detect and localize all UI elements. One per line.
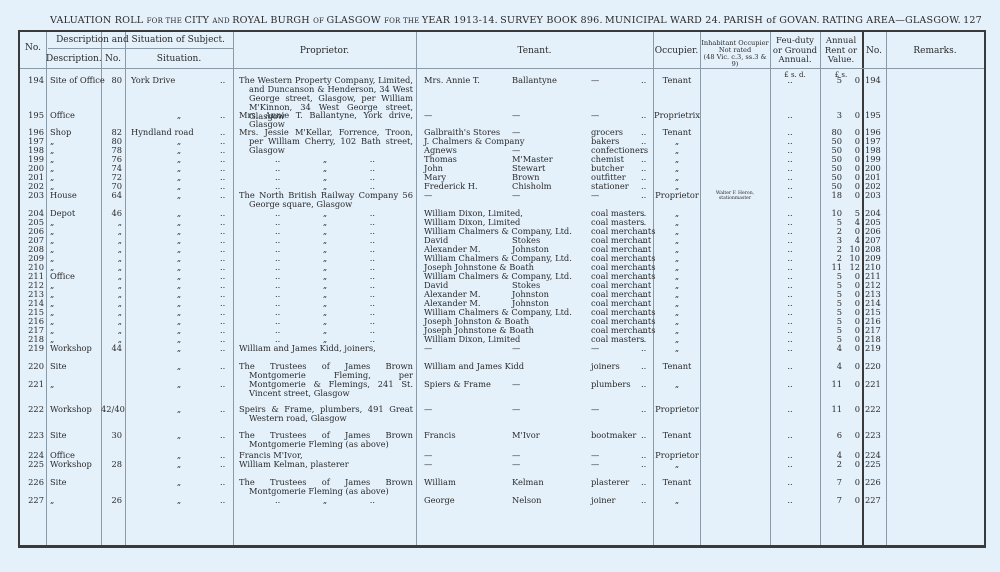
row-occupier: Tenant xyxy=(654,478,700,487)
row-rent-pounds: 18 xyxy=(820,191,842,200)
row-tenant-surname: — xyxy=(512,191,582,200)
row-tenant-name: William and James Kidd xyxy=(424,362,514,371)
header-no-right: No. xyxy=(862,46,886,56)
row-tenant-surname: — xyxy=(512,111,582,120)
row-tenant-name: — xyxy=(424,344,514,353)
row-rent-pounds: 5 xyxy=(820,76,842,85)
leader-dots: .. xyxy=(220,380,225,389)
row-street-number: 28 xyxy=(101,460,122,469)
row-tenant-name: Spiers & Frame xyxy=(424,380,514,389)
row-description: „ xyxy=(50,326,102,335)
leader-dots: .. xyxy=(220,478,225,487)
row-number: 195 xyxy=(20,111,44,120)
header-feu-duty: Feu-duty or Ground Annual. xyxy=(770,37,820,66)
row-tenant-surname: — xyxy=(512,380,582,389)
row-description: Depot xyxy=(50,209,102,218)
row-situation: „ xyxy=(125,478,233,487)
row-occupier: Tenant xyxy=(654,431,700,440)
row-situation: „ xyxy=(125,362,233,371)
row-situation: „ xyxy=(125,496,233,505)
row-feu-duty: .. xyxy=(770,362,810,371)
row-tenant-name: — xyxy=(424,451,514,460)
row-rent-shillings: 0 xyxy=(844,431,860,440)
row-occupier: „ xyxy=(654,380,700,389)
municipal-ward: MUNICIPAL WARD 24. xyxy=(605,15,721,26)
row-number: 222 xyxy=(20,405,44,414)
row-number: 194 xyxy=(20,76,44,85)
rating-area: RATING AREA—GLASGOW. xyxy=(822,15,961,26)
leader-dots: .. xyxy=(641,191,646,200)
row-tenant-name: Frederick H. xyxy=(424,182,514,191)
header-rent-line: Value. xyxy=(820,56,862,66)
leader-dots: .. xyxy=(220,496,225,505)
row-number: 221 xyxy=(20,380,44,389)
col-rule xyxy=(233,32,234,545)
header-description: Description. xyxy=(46,54,101,64)
row-description: „ xyxy=(50,137,102,146)
row-description: „ xyxy=(50,254,102,263)
row-rent-shillings: 0 xyxy=(844,478,860,487)
row-tenant-surname: — xyxy=(512,405,582,414)
row-tenant-surname: M'Ivor xyxy=(512,431,582,440)
leader-dots: .. xyxy=(220,191,225,200)
row-occupier: „ xyxy=(654,344,700,353)
row-rent-shillings: 0 xyxy=(844,496,860,505)
header-remarks: Remarks. xyxy=(886,46,984,56)
leader-dots: .. xyxy=(641,460,646,469)
col-rule xyxy=(862,32,864,545)
header-situation: Situation. xyxy=(125,54,233,64)
row-description: Office xyxy=(50,111,102,120)
row-description: „ xyxy=(50,245,102,254)
row-number: 227 xyxy=(20,496,44,505)
row-description: „ xyxy=(50,227,102,236)
row-number: 225 xyxy=(20,460,44,469)
row-number: 223 xyxy=(20,431,44,440)
row-number-right: 203 xyxy=(865,191,887,200)
row-rent-shillings: 0 xyxy=(844,380,860,389)
page-number: 127 xyxy=(963,15,982,26)
row-description: „ xyxy=(50,164,102,173)
row-situation: „ xyxy=(125,405,233,414)
col-rule xyxy=(416,32,417,545)
row-number-right: 195 xyxy=(865,111,887,120)
row-situation: „ xyxy=(125,431,233,440)
row-number-right: 220 xyxy=(865,362,887,371)
col-rule xyxy=(700,32,701,545)
row-description: Workshop xyxy=(50,405,102,414)
title-fragment: FOR THE xyxy=(147,17,185,25)
row-number: 220 xyxy=(20,362,44,371)
row-situation: „ xyxy=(125,460,233,469)
header-feu-line: Annual. xyxy=(770,56,820,66)
row-feu-duty: .. xyxy=(770,380,810,389)
row-feu-duty: .. xyxy=(770,111,810,120)
row-feu-duty: .. xyxy=(770,431,810,440)
leader-dots: .. xyxy=(220,362,225,371)
row-rent-shillings: 0 xyxy=(844,362,860,371)
row-description: Site xyxy=(50,431,102,440)
header-inhabitant-line: (48 Vic. c.3, ss.3 & 9) xyxy=(700,54,770,68)
row-rent-shillings: 0 xyxy=(844,460,860,469)
row-street-number: 80 xyxy=(101,76,122,85)
row-rent-shillings: 0 xyxy=(844,76,860,85)
row-number-right: 219 xyxy=(865,344,887,353)
header-tenant: Tenant. xyxy=(416,46,653,56)
row-feu-duty: .. xyxy=(770,496,810,505)
title-fragment: AND xyxy=(212,17,232,25)
row-feu-duty: .. xyxy=(770,191,810,200)
row-occupier: Proprietrix xyxy=(654,111,700,120)
leader-dots: .. xyxy=(220,111,225,120)
title-fragment: FOR THE xyxy=(384,17,422,25)
header-inhabitant: Inhabitant Occupier Not rated (48 Vic. c… xyxy=(700,40,770,68)
survey-book: SURVEY BOOK 896. xyxy=(500,15,603,26)
row-number: 219 xyxy=(20,344,44,353)
row-proprietor: William Kelman, plasterer xyxy=(239,460,415,469)
row-situation: „ xyxy=(125,344,233,353)
row-situation: York Drive xyxy=(131,76,231,85)
row-rent-pounds: 4 xyxy=(820,344,842,353)
row-rent-shillings: 0 xyxy=(844,191,860,200)
row-number-right: 226 xyxy=(865,478,887,487)
row-description: Site xyxy=(50,362,102,371)
row-number-right: 222 xyxy=(865,405,887,414)
row-tenant-name: George xyxy=(424,496,514,505)
row-feu-duty: .. xyxy=(770,344,810,353)
leader-dots: .. xyxy=(220,344,225,353)
leader-dots: .. xyxy=(641,496,646,505)
row-rent-pounds: 2 xyxy=(820,460,842,469)
header-desc-group: Description and Situation of Subject. xyxy=(48,35,233,45)
row-tenant-surname: — xyxy=(512,451,582,460)
row-description: House xyxy=(50,191,102,200)
header-proprietor: Proprietor. xyxy=(233,46,416,56)
row-street-number: 26 xyxy=(101,496,122,505)
leader-dots: .. xyxy=(641,344,646,353)
row-occupier: Proprietor xyxy=(654,405,700,414)
row-rent-pounds: 4 xyxy=(820,362,842,371)
row-feu-duty: .. xyxy=(770,478,810,487)
row-number-right: 223 xyxy=(865,431,887,440)
row-description: Site xyxy=(50,478,102,487)
leader-dots: .. xyxy=(641,431,646,440)
row-description: „ xyxy=(50,496,102,505)
row-occupier: Proprietor xyxy=(654,191,700,200)
row-situation: „ xyxy=(125,111,233,120)
row-description: Site of Office xyxy=(50,76,102,85)
parish: PARISH of GOVAN. xyxy=(723,15,819,26)
row-occupier: „ xyxy=(654,496,700,505)
row-proprietor: William and James Kidd, joiners, xyxy=(239,344,415,353)
row-occupier: Tenant xyxy=(654,362,700,371)
row-situation: „ xyxy=(125,380,233,389)
row-tenant-name: — xyxy=(424,191,514,200)
row-description: „ xyxy=(50,380,102,389)
row-description: „ xyxy=(50,308,102,317)
title-fragment: ROYAL BURGH xyxy=(232,15,313,26)
row-number: 226 xyxy=(20,478,44,487)
row-tenant-surname: Ballantyne xyxy=(512,76,582,85)
leader-dots: .. xyxy=(641,111,646,120)
title-fragment: GLASGOW xyxy=(326,15,384,26)
header-rule xyxy=(20,68,984,69)
proprietor-block: The Trustees of James Brown Montgomerie … xyxy=(239,431,413,449)
row-description: „ xyxy=(50,218,102,227)
row-proprietor: .. „ .. xyxy=(237,496,413,505)
row-tenant-name: Francis xyxy=(424,431,514,440)
row-rent-pounds: 11 xyxy=(820,380,842,389)
row-street-number: 30 xyxy=(101,431,122,440)
proprietor-block: The Trustees of James Brown Montgomerie … xyxy=(239,478,413,496)
row-street-number: 44 xyxy=(101,344,122,353)
row-rent-shillings: 0 xyxy=(844,344,860,353)
leader-dots: .. xyxy=(641,362,646,371)
leader-dots: .. xyxy=(641,380,646,389)
row-description: „ xyxy=(50,290,102,299)
row-number-right: 227 xyxy=(865,496,887,505)
header-annual-rent: Annual Rent or Value. xyxy=(820,37,862,66)
header-street-no: No. xyxy=(101,54,125,64)
row-tenant-name: Mrs. Annie T. xyxy=(424,76,514,85)
title-fragment: VALUATION ROLL xyxy=(50,15,147,26)
row-number-right: 225 xyxy=(865,460,887,469)
row-tenant-surname: — xyxy=(512,344,582,353)
row-tenant-name: — xyxy=(424,405,514,414)
proprietor-block: The Trustees of James Brown Montgomerie … xyxy=(239,362,413,398)
proprietor-block: Speirs & Frame, plumbers, 491 Great West… xyxy=(239,405,413,423)
leader-dots: .. xyxy=(220,405,225,414)
row-description: „ xyxy=(50,155,102,164)
row-description: „ xyxy=(50,281,102,290)
row-street-number: 64 xyxy=(101,191,122,200)
row-tenant-surname: Chisholm xyxy=(512,182,582,191)
row-description: „ xyxy=(50,317,102,326)
row-tenant-surname: — xyxy=(512,460,582,469)
row-tenant-name: — xyxy=(424,111,514,120)
row-inhabitant-occupier: Walter F. Heron, stationmaster xyxy=(702,191,768,201)
row-description: Shop xyxy=(50,128,102,137)
row-description: Workshop xyxy=(50,344,102,353)
row-rent-pounds: 3 xyxy=(820,111,842,120)
proprietor-block: Mrs. Jessie M'Kellar, Forrence, Troon, p… xyxy=(239,128,413,155)
header-rule xyxy=(48,48,233,49)
row-rent-shillings: 0 xyxy=(844,405,860,414)
valuation-table: No. Description and Situation of Subject… xyxy=(18,30,986,548)
row-description: „ xyxy=(50,146,102,155)
row-number-right: 221 xyxy=(865,380,887,389)
roll-title: VALUATION ROLL FOR THE CITY AND ROYAL BU… xyxy=(50,15,498,26)
title-fragment: CITY xyxy=(184,15,212,26)
row-situation: „ xyxy=(125,191,233,200)
row-rent-pounds: 11 xyxy=(820,405,842,414)
row-tenant-name: William xyxy=(424,478,514,487)
leader-dots: .. xyxy=(641,76,646,85)
col-rule xyxy=(46,32,47,545)
row-feu-duty: .. xyxy=(770,76,810,85)
row-tenant-surname: Kelman xyxy=(512,478,582,487)
leader-dots: .. xyxy=(220,76,225,85)
row-rent-shillings: 0 xyxy=(844,111,860,120)
row-tenant-name: — xyxy=(424,460,514,469)
row-description: Workshop xyxy=(50,460,102,469)
row-tenant-surname: Nelson xyxy=(512,496,582,505)
row-tenant-name: William Dixon, Limited xyxy=(424,335,514,344)
row-description: „ xyxy=(50,236,102,245)
row-street-number: 42/40 xyxy=(101,405,122,414)
row-description: Office xyxy=(50,272,102,281)
proprietor-block: The North British Railway Company 56 Geo… xyxy=(239,191,413,209)
row-feu-duty: .. xyxy=(770,460,810,469)
leader-dots: .. xyxy=(641,478,646,487)
leader-dots: .. xyxy=(641,405,646,414)
row-feu-duty: .. xyxy=(770,405,810,414)
row-occupier: „ xyxy=(654,460,700,469)
row-rent-pounds: 7 xyxy=(820,496,842,505)
row-number-right: 194 xyxy=(865,76,887,85)
header-occupier: Occupier. xyxy=(653,46,700,56)
row-number: 203 xyxy=(20,191,44,200)
leader-dots: .. xyxy=(220,460,225,469)
row-situation: Hyndland road xyxy=(131,128,231,137)
row-rent-pounds: 6 xyxy=(820,431,842,440)
row-rent-pounds: 7 xyxy=(820,478,842,487)
header-no: No. xyxy=(20,43,46,53)
page-header: VALUATION ROLL FOR THE CITY AND ROYAL BU… xyxy=(50,15,982,26)
row-occupier: Tenant xyxy=(654,76,700,85)
row-description: „ xyxy=(50,173,102,182)
title-fragment: YEAR 1913-14. xyxy=(422,15,498,26)
row-description: „ xyxy=(50,299,102,308)
title-fragment: OF xyxy=(313,17,326,25)
leader-dots: .. xyxy=(220,431,225,440)
